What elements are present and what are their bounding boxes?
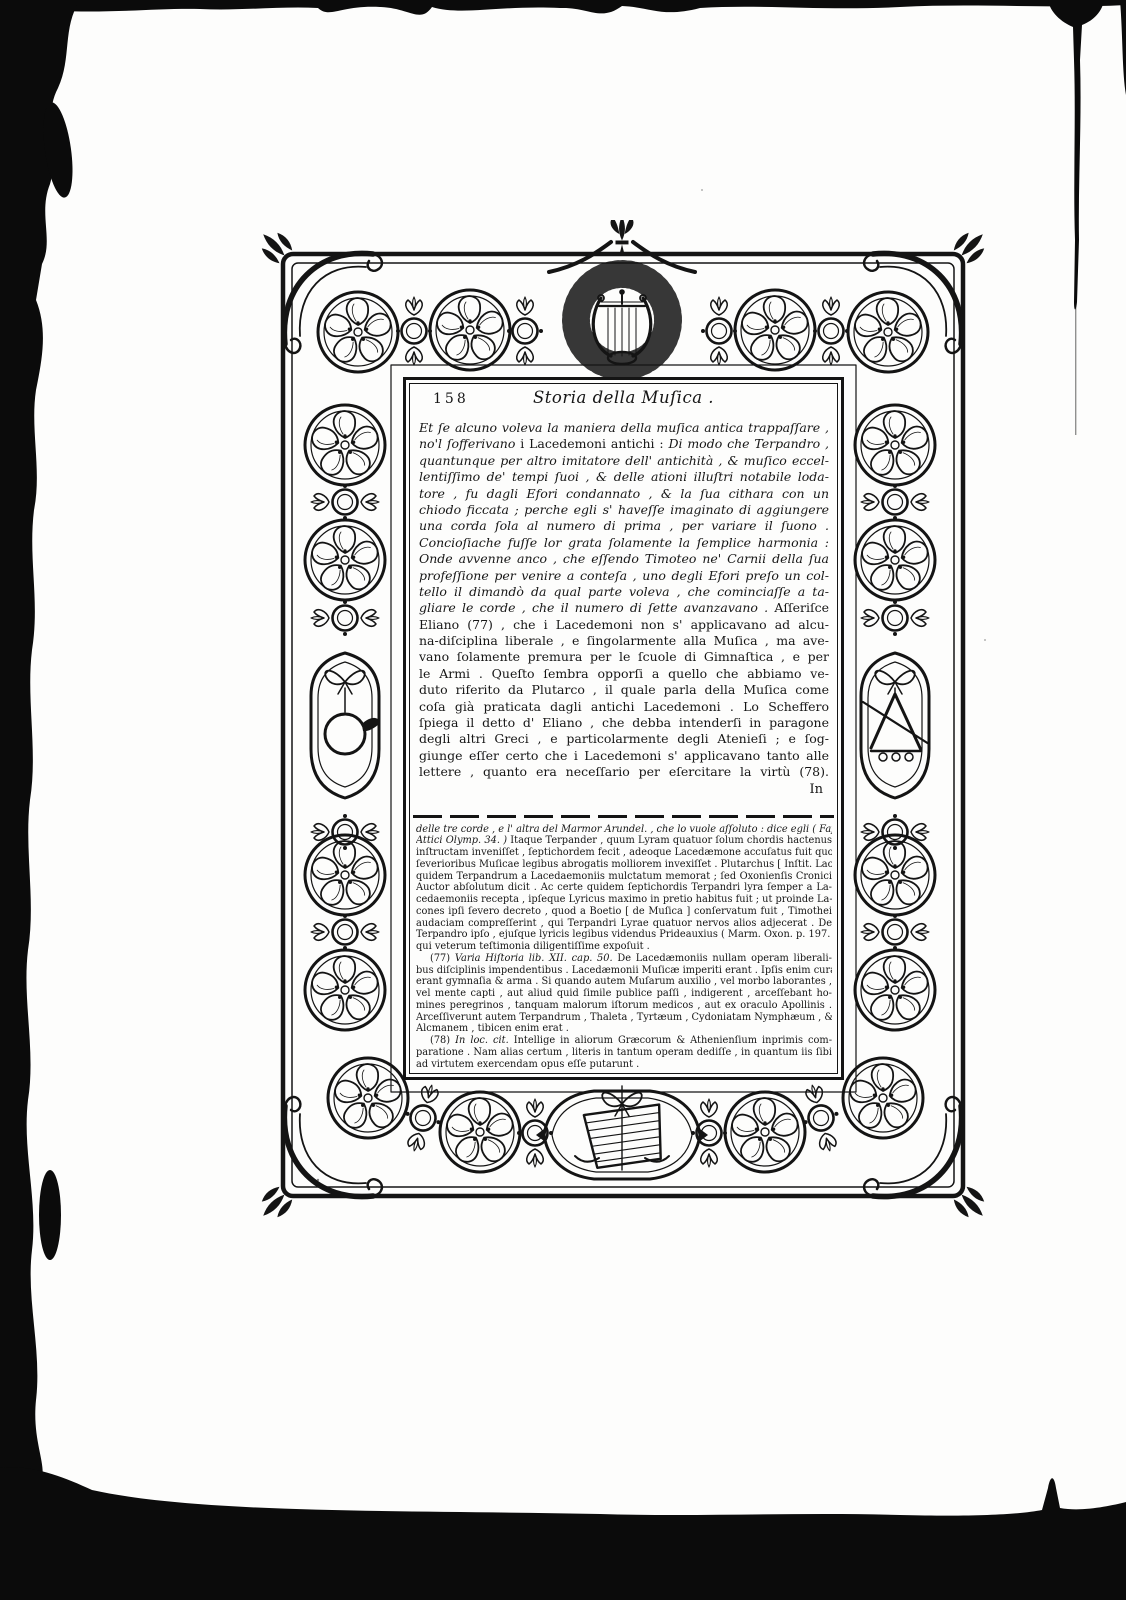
text-segment: erant gymnaſia & arma . Si quando autem … (416, 976, 832, 987)
scan-edge-right-sliver (1120, 0, 1126, 95)
page-header: 158 Storia della Muſica . (406, 388, 841, 412)
text-line: profeſſione per venire a conteſa , uno d… (419, 568, 829, 584)
text-line: audaciam compreſſerint , qui Terpandri L… (416, 918, 832, 930)
text-segment: (77) (430, 953, 455, 964)
text-segment: lentiſſimo de' tempi ſuoi , & delle atio… (419, 469, 829, 484)
text-line: giunge eſſer certo che i Lacedemoni s' a… (419, 748, 829, 764)
text-segment: na-diſciplina liberale , e ſingolarmente… (419, 633, 829, 648)
text-panel: 158 Storia della Muſica . Et ſe alcuno v… (403, 377, 844, 1080)
text-line: Arceſſiverunt autem Terpandrum , Thaleta… (416, 1012, 832, 1024)
text-segment: i Lacedemoni antichi : (520, 436, 668, 451)
text-line: degli altri Greci , e particolarmente de… (419, 731, 829, 747)
panpipes-emblem (536, 1086, 708, 1179)
text-segment: vel mente capti , aut aliud quid ſimile … (416, 988, 832, 999)
text-segment: Terpandro ipſo , ejuſque lyricis legibus… (416, 929, 832, 940)
text-line: coſa già praticata dagli antichi Lacedem… (419, 699, 829, 715)
text-line: ad virtutem exercendam opus eſſe putarun… (416, 1059, 832, 1071)
running-title: Storia della Muſica . (406, 388, 841, 407)
text-line: bus diſciplinis impendentibus . Lacedæmo… (416, 965, 832, 977)
text-segment: De Lacedæmoniis nullam operam liberali- (617, 953, 832, 964)
text-segment: quidem Terpandrum a Lacedaemoniis mulcta… (416, 871, 832, 882)
text-segment: giunge eſſer certo che i Lacedemoni s' a… (419, 748, 829, 763)
scan-ink-drip-right (1048, 0, 1104, 310)
text-segment: audaciam compreſſerint , qui Terpandri L… (416, 918, 832, 929)
musical-triangle-emblem (861, 653, 929, 798)
text-line: Onde avvenne anco , che eſſendo Timoteo … (419, 551, 829, 567)
text-segment: gliare le corde , che il numero di ſette… (419, 600, 774, 615)
text-line: na-diſciplina liberale , e ſingolarmente… (419, 633, 829, 649)
main-text: Et ſe alcuno voleva la maniera della muſ… (419, 420, 829, 781)
text-segment: Itaque Terpander , quum Lyram quatuor ſo… (510, 835, 832, 846)
text-segment: tore , fu dagli Efori condannato , & la … (419, 486, 829, 501)
text-line: Terpandro ipſo , ejuſque lyricis legibus… (416, 929, 832, 941)
text-line: inſtructam inveniſſet , ſeptichordem fec… (416, 847, 832, 859)
text-line: tore , fu dagli Efori condannato , & la … (419, 486, 829, 502)
text-line: qui veterum teſtimonia diligentiſſime ex… (416, 941, 832, 953)
text-segment: paratione . Nam alias certum , literis i… (416, 1047, 832, 1058)
text-segment: Intellige in aliorum Græcorum & Athenien… (514, 1035, 832, 1046)
text-segment: Varia Hiſtoria lib. XII. cap. 50. (455, 953, 618, 964)
text-segment: bus diſciplinis impendentibus . Lacedæmo… (416, 965, 832, 976)
text-line: (77) Varia Hiſtoria lib. XII. cap. 50. D… (416, 953, 832, 965)
panpipes-icon (584, 1105, 667, 1169)
text-line: no'l ſofferivano i Lacedemoni antichi : … (419, 436, 829, 452)
text-line: delle tre corde , e l' altra del Marmor … (416, 824, 832, 836)
text-segment: cedaemoniis recepta , ipſeque Lyricus ma… (416, 894, 832, 905)
text-segment: vano ſolamente premura per le ſcuole di … (419, 649, 829, 664)
text-segment: Onde avvenne anco , che eſſendo Timoteo … (419, 551, 829, 566)
text-line: mines peregrinos , tanquam malorum iſtor… (416, 1000, 832, 1012)
text-line: paratione . Nam alias certum , literis i… (416, 1047, 832, 1059)
catchword-row: In (406, 782, 823, 798)
text-segment: mines peregrinos , tanquam malorum iſtor… (416, 1000, 832, 1011)
text-line: quidem Terpandrum a Lacedaemoniis mulcta… (416, 871, 832, 883)
page-number: 158 (433, 391, 469, 407)
text-segment: lettere , quanto era neceſſario per eſer… (419, 764, 829, 779)
lyre-sunburst-emblem (549, 220, 695, 366)
text-segment: ſeverioribus Muſicae legibus abrogatis m… (416, 859, 832, 870)
text-line: (78) In loc. cit. Intellige in aliorum G… (416, 1035, 832, 1047)
text-segment: tello il dimandò da qual parte voleva , … (419, 584, 829, 599)
text-panel-inner: 158 Storia della Muſica . Et ſe alcuno v… (406, 386, 841, 1077)
text-line: Attici Olymp. 34. ) Itaque Terpander , q… (416, 835, 832, 847)
hunting-horn-emblem (311, 653, 380, 798)
text-segment: qui veterum teſtimonia diligentiſſime ex… (416, 941, 650, 952)
text-segment: una corda ſola al numero di prima , per … (419, 518, 829, 533)
text-line: Alcmanem , tibicen enim erat . (416, 1023, 832, 1035)
text-segment: cones ipſi ſevero decreto , quod a Boeti… (416, 906, 832, 917)
corner-scroll-ornament (864, 225, 992, 353)
text-segment: Di modo che Terpandro , (668, 436, 829, 451)
scan-edge-bottom (0, 1467, 1126, 1600)
text-segment: le Armi . Queſto ſembra opporſi a quello… (419, 666, 829, 681)
text-line: cones ipſi ſevero decreto , quod a Boeti… (416, 906, 832, 918)
scan-edge-left (0, 0, 80, 1530)
text-line: Et ſe alcuno voleva la maniera della muſ… (419, 420, 829, 436)
text-line: ſpiega il detto d' Eliano , che debba in… (419, 715, 829, 731)
footnote-separator (413, 815, 834, 818)
text-segment: duto riferito da Plutarco , il quale par… (419, 682, 829, 697)
text-line: quantunque per altro imitatore dell' ant… (419, 453, 829, 469)
text-line: Auctor abſolutum dicit . Ac certe quidem… (416, 882, 832, 894)
text-line: tello il dimandò da qual parte voleva , … (419, 584, 829, 600)
text-segment: coſa già praticata dagli antichi Lacedem… (419, 699, 829, 714)
scan-edge-top (0, 0, 1126, 15)
text-segment: Concioſiache fuſſe lor grata ſolamente l… (419, 535, 829, 550)
text-segment: Attici Olymp. 34. ) (416, 835, 510, 846)
text-segment: ſpiega il detto d' Eliano , che debba in… (419, 715, 829, 730)
text-line: vel mente capti , aut aliud quid ſimile … (416, 988, 832, 1000)
left-medallion-band (305, 405, 385, 1030)
text-line: erant gymnaſia & arma . Si quando autem … (416, 976, 832, 988)
text-segment: (78) (430, 1035, 455, 1046)
text-segment: Arceſſiverunt autem Terpandrum , Thaleta… (416, 1012, 832, 1023)
text-segment: inſtructam inveniſſet , ſeptichordem fec… (416, 847, 832, 858)
text-segment: no'l ſofferivano (419, 436, 520, 451)
corner-scroll-ornament (864, 1097, 992, 1225)
footnotes: delle tre corde , e l' altra del Marmor … (416, 824, 832, 1071)
text-segment: profeſſione per venire a conteſa , uno d… (419, 568, 829, 583)
text-segment: Eliano (77) , che i Lacedemoni non s' ap… (419, 617, 829, 632)
catchword: In (809, 782, 823, 797)
text-segment: chiodo ficcata ; perche egli s' haveſſe … (419, 502, 829, 517)
text-line: lentiſſimo de' tempi ſuoi , & delle atio… (419, 469, 829, 485)
scanned-book-page: 158 Storia della Muſica . Et ſe alcuno v… (0, 0, 1126, 1600)
text-segment: Et ſe alcuno voleva la maniera della muſ… (419, 420, 829, 435)
text-segment: Auctor abſolutum dicit . Ac certe quidem… (416, 882, 832, 893)
text-segment: delle tre corde , e l' altra del Marmor … (416, 824, 832, 835)
right-medallion-band (855, 405, 935, 1030)
text-line: ſeverioribus Muſicae legibus abrogatis m… (416, 859, 832, 871)
text-segment: Aſſeriſce (774, 600, 829, 615)
text-segment: Alcmanem , tibicen enim erat . (416, 1023, 569, 1034)
text-segment: quantunque per altro imitatore dell' ant… (419, 453, 829, 468)
text-line: le Armi . Queſto ſembra opporſi a quello… (419, 666, 829, 682)
text-segment: degli altri Greci , e particolarmente de… (419, 731, 829, 746)
text-line: lettere , quanto era neceſſario per eſer… (419, 764, 829, 780)
lyre-icon (593, 289, 650, 364)
text-segment: ad virtutem exercendam opus eſſe putarun… (416, 1059, 639, 1070)
text-line: cedaemoniis recepta , ipſeque Lyricus ma… (416, 894, 832, 906)
top-medallion-band (318, 290, 928, 372)
text-line: duto riferito da Plutarco , il quale par… (419, 682, 829, 698)
text-line: gliare le corde , che il numero di ſette… (419, 600, 829, 616)
text-line: una corda ſola al numero di prima , per … (419, 518, 829, 534)
text-line: Eliano (77) , che i Lacedemoni non s' ap… (419, 617, 829, 633)
text-segment: In loc. cit. (455, 1035, 514, 1046)
corner-scroll-ornament (254, 225, 382, 353)
text-line: Concioſiache fuſſe lor grata ſolamente l… (419, 535, 829, 551)
text-line: vano ſolamente premura per le ſcuole di … (419, 649, 829, 665)
corner-scroll-ornament (254, 1097, 382, 1225)
text-line: chiodo ficcata ; perche egli s' haveſſe … (419, 502, 829, 518)
